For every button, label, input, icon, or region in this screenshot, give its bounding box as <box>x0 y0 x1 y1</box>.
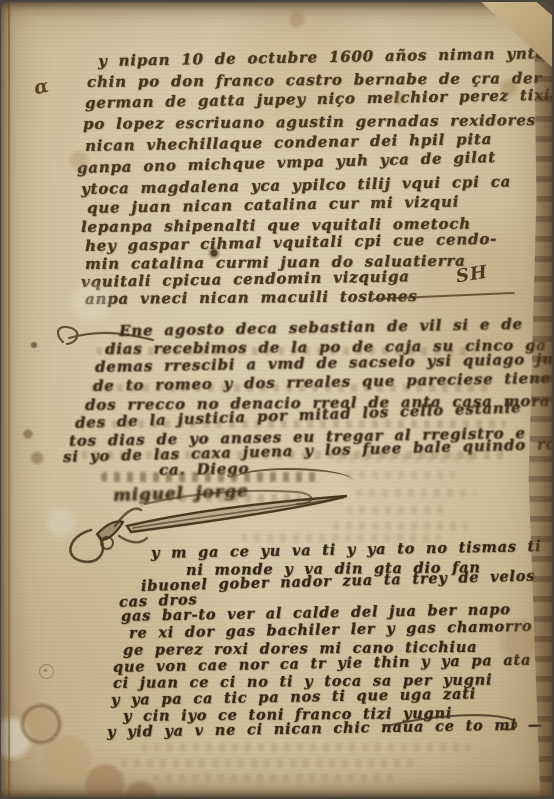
page-edge-bottom <box>1 783 552 797</box>
bleedthrough-marks <box>121 759 421 767</box>
bleedthrough-marks <box>153 774 393 782</box>
manuscript-line: anpa vneci nican macuili tostones <box>85 287 418 308</box>
bleedthrough-marks <box>346 506 451 514</box>
alpha-margin-mark: α <box>32 75 51 100</box>
closing-swash <box>387 710 527 736</box>
bleedthrough-marks <box>346 471 456 479</box>
manuscript-page: α SH y nipan 10 de octubre 1600 años nim… <box>1 2 552 797</box>
circle-margin-mark <box>39 664 54 679</box>
bleedthrough-marks <box>356 489 476 497</box>
bleedthrough-marks <box>141 743 471 751</box>
manuscript-photo: { "page": { "paper_color": "#d6c6a7", "i… <box>0 0 554 799</box>
page-edge-left <box>1 2 13 797</box>
manuscript-line: y nipan 10 de octubre 1600 años niman yn… <box>98 44 552 70</box>
page-edge-top <box>1 2 552 18</box>
